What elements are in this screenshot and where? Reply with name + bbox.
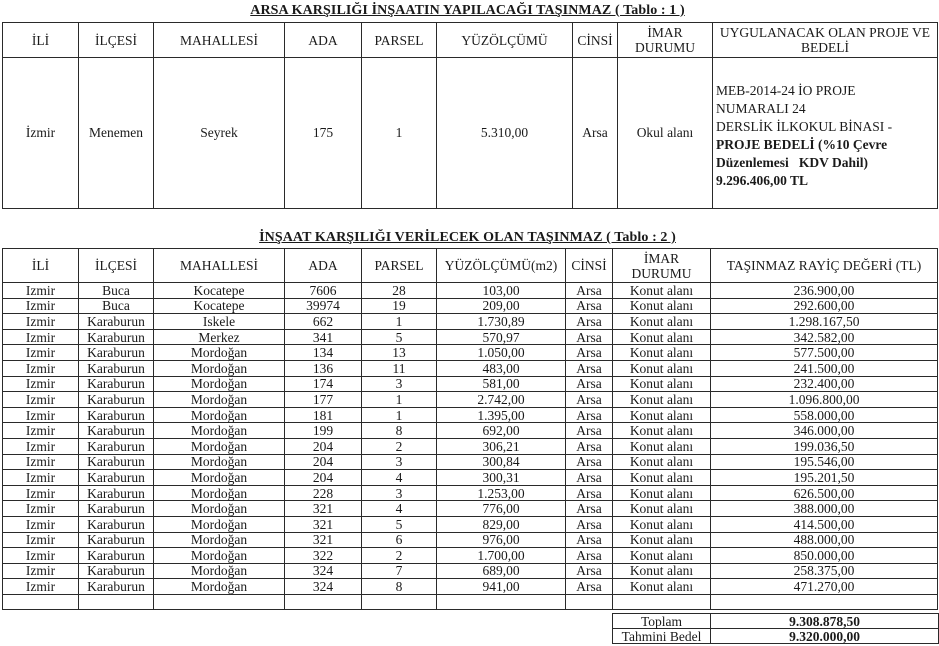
cell-cins: Arsa (566, 516, 613, 532)
cell-parsel: 1 (362, 314, 437, 330)
cell-value: 232.400,00 (711, 376, 938, 392)
cell-il: Izmir (3, 423, 79, 439)
table-row: IzmirKaraburunMordoğan3248941,00ArsaKonu… (3, 579, 938, 595)
cell-ilce: Menemen (79, 58, 154, 209)
table-row: IzmirKaraburunMordoğan3216976,00ArsaKonu… (3, 532, 938, 548)
cell-il: Izmir (3, 392, 79, 408)
project-cost-line: Düzenlemesi KDV Dahil) (716, 154, 937, 172)
cell-cins (566, 594, 613, 610)
cell-yuzolcum: 103,00 (437, 283, 566, 299)
cell-ada: 662 (285, 314, 362, 330)
table-row: IzmirKaraburunMordoğan1743581,00ArsaKonu… (3, 376, 938, 392)
table-row: IzmirKaraburunMordoğan18111.395,00ArsaKo… (3, 407, 938, 423)
cell-yuzolcum: 5.310,00 (437, 58, 573, 209)
cell-mahalle: Kocatepe (154, 283, 285, 299)
cell-ada: 204 (285, 438, 362, 454)
header-ilce: İLÇESİ (79, 23, 154, 58)
table1-header-row: İLİ İLÇESİ MAHALLESİ ADA PARSEL YÜZÖLÇÜM… (3, 23, 938, 58)
cell-ada: 322 (285, 548, 362, 564)
cell-ada: 136 (285, 360, 362, 376)
cell-ilce: Karaburun (79, 423, 154, 439)
cell-parsel: 7 (362, 563, 437, 579)
cell-parsel: 3 (362, 376, 437, 392)
cell-il: Izmir (3, 283, 79, 299)
cell-value: 241.500,00 (711, 360, 938, 376)
cell-parsel: 1 (362, 58, 437, 209)
cell-mahalle: Mordoğan (154, 548, 285, 564)
cell-ada: 324 (285, 579, 362, 595)
cell-yuzolcum: 2.742,00 (437, 392, 566, 408)
cell-yuzolcum: 692,00 (437, 423, 566, 439)
summary-table: Toplam 9.308.878,50 Tahmini Bedel 9.320.… (612, 613, 939, 644)
cell-il: Izmir (3, 532, 79, 548)
cell-mahalle: Mordoğan (154, 485, 285, 501)
cell-yuzolcum: 300,31 (437, 470, 566, 486)
cell-value: 488.000,00 (711, 532, 938, 548)
cell-cins: Arsa (566, 329, 613, 345)
cell-ada: 181 (285, 407, 362, 423)
project-cost-line: PROJE BEDELİ (%10 Çevre (716, 136, 937, 154)
cell-yuzolcum: 1.253,00 (437, 485, 566, 501)
cell-imar: Konut alanı (613, 470, 711, 486)
cell-ada (285, 594, 362, 610)
table-row: IzmirKaraburunMordoğan13611483,00ArsaKon… (3, 360, 938, 376)
table-row: IzmirKaraburunIskele66211.730,89ArsaKonu… (3, 314, 938, 330)
table-row: IzmirKaraburunMordoğan2044300,31ArsaKonu… (3, 470, 938, 486)
table2-body: IzmirBucaKocatepe760628103,00ArsaKonut a… (3, 283, 938, 610)
cell-yuzolcum: 941,00 (437, 579, 566, 595)
cell-yuzolcum: 1.700,00 (437, 548, 566, 564)
cell-ilce: Karaburun (79, 532, 154, 548)
cell-il (3, 594, 79, 610)
cell-cins: Arsa (566, 454, 613, 470)
cell-parsel: 1 (362, 407, 437, 423)
table-row: IzmirBucaKocatepe3997419209,00ArsaKonut … (3, 298, 938, 314)
cell-ada: 175 (285, 58, 362, 209)
cell-yuzolcum: 976,00 (437, 532, 566, 548)
cell-mahalle (154, 594, 285, 610)
header-yuzolcum: YÜZÖLÇÜMÜ (437, 23, 573, 58)
cell-yuzolcum: 776,00 (437, 501, 566, 517)
cell-cins: Arsa (566, 360, 613, 376)
cell-ilce: Karaburun (79, 485, 154, 501)
cell-value: 195.201,50 (711, 470, 938, 486)
cell-ada: 7606 (285, 283, 362, 299)
cell-imar: Konut alanı (613, 454, 711, 470)
cell-cins: Arsa (566, 548, 613, 564)
cell-project: MEB-2014-24 İO PROJE NUMARALI 24 DERSLİK… (713, 58, 938, 209)
cell-il: Izmir (3, 485, 79, 501)
header-il: İLİ (3, 23, 79, 58)
estimate-row: Tahmini Bedel 9.320.000,00 (613, 629, 939, 644)
cell-imar: Okul alanı (618, 58, 713, 209)
cell-parsel: 6 (362, 532, 437, 548)
cell-parsel: 8 (362, 579, 437, 595)
cell-ada: 341 (285, 329, 362, 345)
cell-il: Izmir (3, 501, 79, 517)
cell-parsel: 2 (362, 548, 437, 564)
cell-imar: Konut alanı (613, 298, 711, 314)
table-row: IzmirKaraburunMerkez3415570,97ArsaKonut … (3, 329, 938, 345)
cell-yuzolcum: 570,97 (437, 329, 566, 345)
header-project: UYGULANACAK OLAN PROJE VE BEDELİ (713, 23, 938, 58)
cell-il: Izmir (3, 563, 79, 579)
cell-il: Izmir (3, 438, 79, 454)
cell-imar: Konut alanı (613, 438, 711, 454)
cell-value: 558.000,00 (711, 407, 938, 423)
cell-cins: Arsa (566, 376, 613, 392)
header-imar: İMAR DURUMU (613, 249, 711, 283)
cell-imar: Konut alanı (613, 485, 711, 501)
cell-parsel: 19 (362, 298, 437, 314)
cell-il: Izmir (3, 314, 79, 330)
cell-parsel: 5 (362, 329, 437, 345)
cell-parsel: 8 (362, 423, 437, 439)
cell-parsel: 13 (362, 345, 437, 361)
cell-yuzolcum: 1.050,00 (437, 345, 566, 361)
cell-il: Izmir (3, 579, 79, 595)
cell-value: 258.375,00 (711, 563, 938, 579)
cell-ilce: Karaburun (79, 470, 154, 486)
cell-cins: Arsa (566, 579, 613, 595)
cell-value: 346.000,00 (711, 423, 938, 439)
cell-mahalle: Mordoğan (154, 438, 285, 454)
cell-cins: Arsa (566, 407, 613, 423)
cell-ilce: Karaburun (79, 548, 154, 564)
estimate-value: 9.320.000,00 (711, 629, 939, 644)
cell-yuzolcum: 483,00 (437, 360, 566, 376)
cell-value: 850.000,00 (711, 548, 938, 564)
cell-ada: 39974 (285, 298, 362, 314)
cell-imar: Konut alanı (613, 392, 711, 408)
cell-il: Izmir (3, 516, 79, 532)
cell-mahalle: Mordoğan (154, 516, 285, 532)
cell-ada: 324 (285, 563, 362, 579)
cell-ilce: Karaburun (79, 579, 154, 595)
cell-mahalle: Mordoğan (154, 532, 285, 548)
cell-parsel (362, 594, 437, 610)
table-row: IzmirKaraburunMordoğan3214776,00ArsaKonu… (3, 501, 938, 517)
cell-mahalle: Mordoğan (154, 579, 285, 595)
cell-ilce: Karaburun (79, 454, 154, 470)
cell-value: 577.500,00 (711, 345, 938, 361)
cell-ilce: Buca (79, 298, 154, 314)
cell-imar: Konut alanı (613, 563, 711, 579)
cell-value: 414.500,00 (711, 516, 938, 532)
cell-cins: Arsa (573, 58, 618, 209)
cell-cins: Arsa (566, 392, 613, 408)
cell-cins: Arsa (566, 423, 613, 439)
cell-imar: Konut alanı (613, 314, 711, 330)
cell-yuzolcum: 209,00 (437, 298, 566, 314)
header-mahalle: MAHALLESİ (154, 23, 285, 58)
cell-value: 1.298.167,50 (711, 314, 938, 330)
table1-row: İzmir Menemen Seyrek 175 1 5.310,00 Arsa… (3, 58, 938, 209)
cell-ada: 321 (285, 532, 362, 548)
cell-ada: 321 (285, 501, 362, 517)
cell-mahalle: Mordoğan (154, 454, 285, 470)
cell-value: 292.600,00 (711, 298, 938, 314)
header-ada: ADA (285, 249, 362, 283)
cell-ilce: Karaburun (79, 345, 154, 361)
cell-il: Izmir (3, 298, 79, 314)
cell-parsel: 1 (362, 392, 437, 408)
cell-il: Izmir (3, 345, 79, 361)
cell-imar: Konut alanı (613, 407, 711, 423)
cell-ada: 228 (285, 485, 362, 501)
table-row: IzmirKaraburunMordoğan3247689,00ArsaKonu… (3, 563, 938, 579)
cell-mahalle: Mordoğan (154, 360, 285, 376)
cell-parsel: 3 (362, 454, 437, 470)
cell-ilce: Karaburun (79, 329, 154, 345)
cell-ilce: Karaburun (79, 501, 154, 517)
cell-cins: Arsa (566, 532, 613, 548)
cell-mahalle: Kocatepe (154, 298, 285, 314)
header-il: İLİ (3, 249, 79, 283)
total-value: 9.308.878,50 (711, 614, 939, 629)
cell-yuzolcum: 1.395,00 (437, 407, 566, 423)
cell-value: 195.546,00 (711, 454, 938, 470)
cell-ada: 199 (285, 423, 362, 439)
header-imar: İMAR DURUMU (618, 23, 713, 58)
cell-mahalle: Mordoğan (154, 376, 285, 392)
cell-imar: Konut alanı (613, 283, 711, 299)
cell-ada: 174 (285, 376, 362, 392)
cell-yuzolcum: 829,00 (437, 516, 566, 532)
cell-imar: Konut alanı (613, 345, 711, 361)
cell-cins: Arsa (566, 345, 613, 361)
cell-cins: Arsa (566, 438, 613, 454)
header-yuzolcum: YÜZÖLÇÜMÜ(m2) (437, 249, 566, 283)
cell-mahalle: Merkez (154, 329, 285, 345)
cell-il: İzmir (3, 58, 79, 209)
header-parsel: PARSEL (362, 249, 437, 283)
cell-parsel: 3 (362, 485, 437, 501)
cell-imar: Konut alanı (613, 501, 711, 517)
cell-cins: Arsa (566, 563, 613, 579)
cell-cins: Arsa (566, 485, 613, 501)
cell-cins: Arsa (566, 501, 613, 517)
cell-imar: Konut alanı (613, 423, 711, 439)
cell-ilce: Karaburun (79, 392, 154, 408)
cell-value: 199.036,50 (711, 438, 938, 454)
header-cins: CİNSİ (566, 249, 613, 283)
table-row: IzmirKaraburunMordoğan32221.700,00ArsaKo… (3, 548, 938, 564)
cell-mahalle: Mordoğan (154, 563, 285, 579)
table-row: IzmirKaraburunMordoğan2042306,21ArsaKonu… (3, 438, 938, 454)
header-ilce: İLÇESİ (79, 249, 154, 283)
cell-value: 471.270,00 (711, 579, 938, 595)
cell-parsel: 4 (362, 501, 437, 517)
cell-mahalle: Mordoğan (154, 392, 285, 408)
cell-imar: Konut alanı (613, 360, 711, 376)
cell-imar: Konut alanı (613, 579, 711, 595)
cell-yuzolcum: 300,84 (437, 454, 566, 470)
table-row: IzmirKaraburunMordoğan134131.050,00ArsaK… (3, 345, 938, 361)
cell-parsel: 2 (362, 438, 437, 454)
cell-il: Izmir (3, 360, 79, 376)
cell-ada: 204 (285, 470, 362, 486)
cell-cins: Arsa (566, 314, 613, 330)
project-line: DERSLİK İLKOKUL BİNASI - (716, 118, 937, 136)
cell-value: 626.500,00 (711, 485, 938, 501)
cell-ilce: Buca (79, 283, 154, 299)
cell-imar: Konut alanı (613, 548, 711, 564)
cell-ada: 134 (285, 345, 362, 361)
cell-il: Izmir (3, 407, 79, 423)
cell-ilce (79, 594, 154, 610)
header-ada: ADA (285, 23, 362, 58)
cell-imar (613, 594, 711, 610)
cell-mahalle: Mordoğan (154, 423, 285, 439)
cell-value (711, 594, 938, 610)
cell-ilce: Karaburun (79, 407, 154, 423)
cell-yuzolcum: 689,00 (437, 563, 566, 579)
cell-ada: 204 (285, 454, 362, 470)
cell-cins: Arsa (566, 470, 613, 486)
project-line: NUMARALI 24 (716, 100, 937, 118)
header-parsel: PARSEL (362, 23, 437, 58)
cell-value: 342.582,00 (711, 329, 938, 345)
table-row: IzmirKaraburunMordoğan17712.742,00ArsaKo… (3, 392, 938, 408)
cell-cins: Arsa (566, 283, 613, 299)
table-row: IzmirKaraburunMordoğan3215829,00ArsaKonu… (3, 516, 938, 532)
cell-il: Izmir (3, 376, 79, 392)
cell-yuzolcum: 1.730,89 (437, 314, 566, 330)
table-row: IzmirKaraburunMordoğan22831.253,00ArsaKo… (3, 485, 938, 501)
cell-mahalle: Mordoğan (154, 501, 285, 517)
cell-ilce: Karaburun (79, 516, 154, 532)
cell-il: Izmir (3, 329, 79, 345)
cell-ilce: Karaburun (79, 360, 154, 376)
cell-ada: 177 (285, 392, 362, 408)
project-line: MEB-2014-24 İO PROJE (716, 82, 937, 100)
cell-parsel: 4 (362, 470, 437, 486)
table2-title: İNŞAAT KARŞILIĞI VERİLECEK OLAN TAŞINMAZ… (0, 230, 937, 246)
cell-value: 388.000,00 (711, 501, 938, 517)
table-row: IzmirBucaKocatepe760628103,00ArsaKonut a… (3, 283, 938, 299)
cell-yuzolcum: 581,00 (437, 376, 566, 392)
cell-mahalle: Mordoğan (154, 345, 285, 361)
cell-ada: 321 (285, 516, 362, 532)
header-mahalle: MAHALLESİ (154, 249, 285, 283)
table1-title: ARSA KARŞILIĞI İNŞAATIN YAPILACAĞI TAŞIN… (0, 3, 937, 19)
header-cins: CİNSİ (573, 23, 618, 58)
cell-value: 236.900,00 (711, 283, 938, 299)
cell-ilce: Karaburun (79, 376, 154, 392)
cell-il: Izmir (3, 548, 79, 564)
cell-parsel: 5 (362, 516, 437, 532)
table2-properties-given: İLİ İLÇESİ MAHALLESİ ADA PARSEL YÜZÖLÇÜM… (2, 248, 938, 610)
estimate-label: Tahmini Bedel (613, 629, 711, 644)
cell-imar: Konut alanı (613, 516, 711, 532)
cell-yuzolcum: 306,21 (437, 438, 566, 454)
table-row: IzmirKaraburunMordoğan2043300,84ArsaKonu… (3, 454, 938, 470)
cell-value: 1.096.800,00 (711, 392, 938, 408)
cell-parsel: 11 (362, 360, 437, 376)
cell-mahalle: Seyrek (154, 58, 285, 209)
project-cost-value: 9.296.406,00 TL (716, 172, 937, 190)
cell-yuzolcum (437, 594, 566, 610)
header-value: TAŞINMAZ RAYİÇ DEĞERİ (TL) (711, 249, 938, 283)
cell-il: Izmir (3, 470, 79, 486)
cell-ilce: Karaburun (79, 563, 154, 579)
cell-cins: Arsa (566, 298, 613, 314)
table2-header-row: İLİ İLÇESİ MAHALLESİ ADA PARSEL YÜZÖLÇÜM… (3, 249, 938, 283)
cell-imar: Konut alanı (613, 329, 711, 345)
cell-imar: Konut alanı (613, 532, 711, 548)
total-row: Toplam 9.308.878,50 (613, 614, 939, 629)
table1-property-for-construction: İLİ İLÇESİ MAHALLESİ ADA PARSEL YÜZÖLÇÜM… (2, 22, 938, 209)
cell-mahalle: Iskele (154, 314, 285, 330)
cell-imar: Konut alanı (613, 376, 711, 392)
total-label: Toplam (613, 614, 711, 629)
cell-mahalle: Mordoğan (154, 470, 285, 486)
cell-il: Izmir (3, 454, 79, 470)
cell-ilce: Karaburun (79, 314, 154, 330)
cell-mahalle: Mordoğan (154, 407, 285, 423)
cell-parsel: 28 (362, 283, 437, 299)
table-row (3, 594, 938, 610)
table-row: IzmirKaraburunMordoğan1998692,00ArsaKonu… (3, 423, 938, 439)
cell-ilce: Karaburun (79, 438, 154, 454)
